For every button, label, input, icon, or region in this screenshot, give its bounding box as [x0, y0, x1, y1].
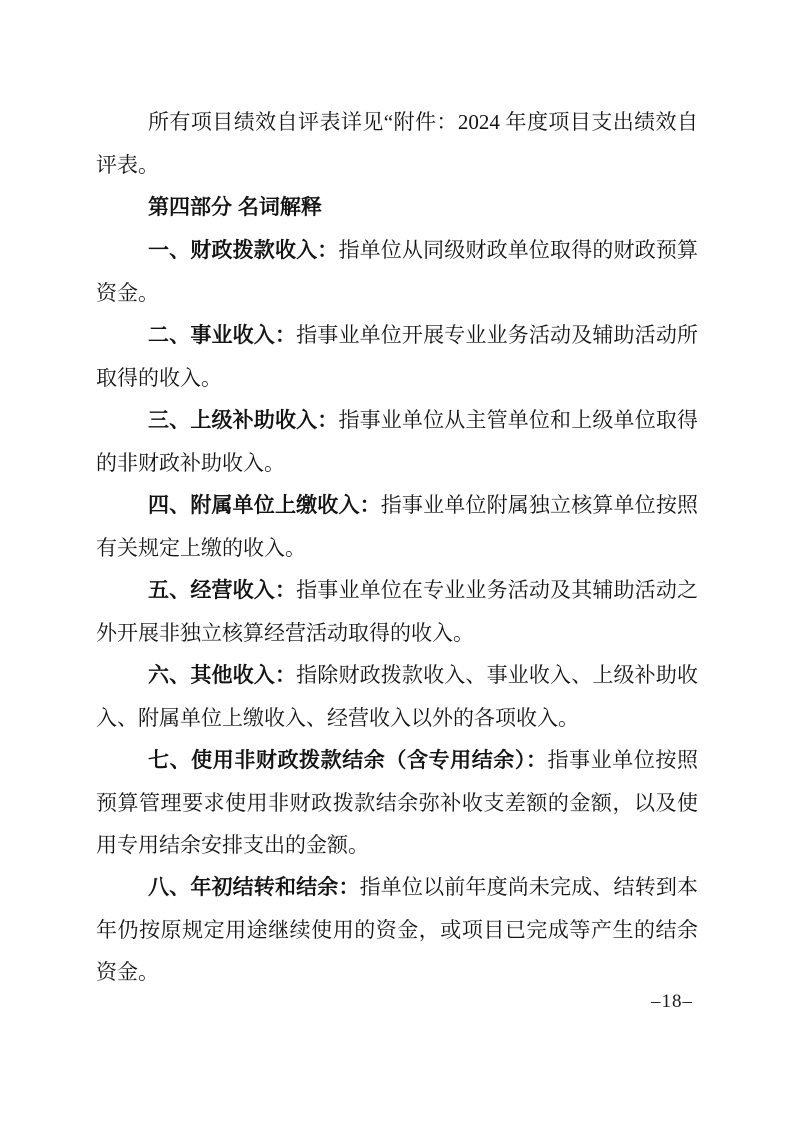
definition-term-2: 二、事业收入：	[148, 324, 296, 347]
definition-paragraph-7: 七、使用非财政拨款结余（含专用结余）：指事业单位按照预算管理要求使用非财政拨款结…	[96, 739, 698, 866]
definition-paragraph-5: 五、经营收入：指事业单位在专业业务活动及其辅助活动之外开展非独立核算经营活动取得…	[96, 569, 698, 654]
section-heading: 第四部分 名词解释	[96, 186, 698, 229]
definition-term-8: 八、年初结转和结余：	[148, 876, 360, 899]
intro-text: 所有项目绩效自评表详见“附件：2024 年度项目支出绩效自评表。	[96, 110, 698, 177]
definition-paragraph-1: 一、财政拨款收入：指单位从同级财政单位取得的财政预算资金。	[96, 229, 698, 314]
document-body: 所有项目绩效自评表详见“附件：2024 年度项目支出绩效自评表。 第四部分 名词…	[96, 101, 698, 993]
definition-term-6: 六、其他收入：	[148, 664, 296, 687]
definition-term-7: 七、使用非财政拨款结余（含专用结余）：	[148, 749, 548, 772]
intro-paragraph: 所有项目绩效自评表详见“附件：2024 年度项目支出绩效自评表。	[96, 101, 698, 186]
definition-paragraph-2: 二、事业收入：指事业单位开展专业业务活动及辅助活动所取得的收入。	[96, 314, 698, 399]
section-heading-label: 第四部分 名词解释	[148, 196, 322, 219]
definition-term-4: 四、附属单位上缴收入：	[148, 494, 381, 517]
definition-term-5: 五、经营收入：	[148, 579, 296, 602]
definition-paragraph-4: 四、附属单位上缴收入：指事业单位附属独立核算单位按照有关规定上缴的收入。	[96, 484, 698, 569]
definition-paragraph-6: 六、其他收入：指除财政拨款收入、事业收入、上级补助收入、附属单位上缴收入、经营收…	[96, 654, 698, 739]
definition-term-1: 一、财政拨款收入：	[148, 239, 338, 262]
definition-paragraph-8: 八、年初结转和结余：指单位以前年度尚未完成、结转到本年仍按原规定用途继续使用的资…	[96, 866, 698, 993]
definition-paragraph-3: 三、上级补助收入：指事业单位从主管单位和上级单位取得的非财政补助收入。	[96, 399, 698, 484]
page-number: –18–	[651, 991, 693, 1013]
definition-term-3: 三、上级补助收入：	[148, 409, 338, 432]
document-page: 所有项目绩效自评表详见“附件：2024 年度项目支出绩效自评表。 第四部分 名词…	[0, 0, 793, 1122]
